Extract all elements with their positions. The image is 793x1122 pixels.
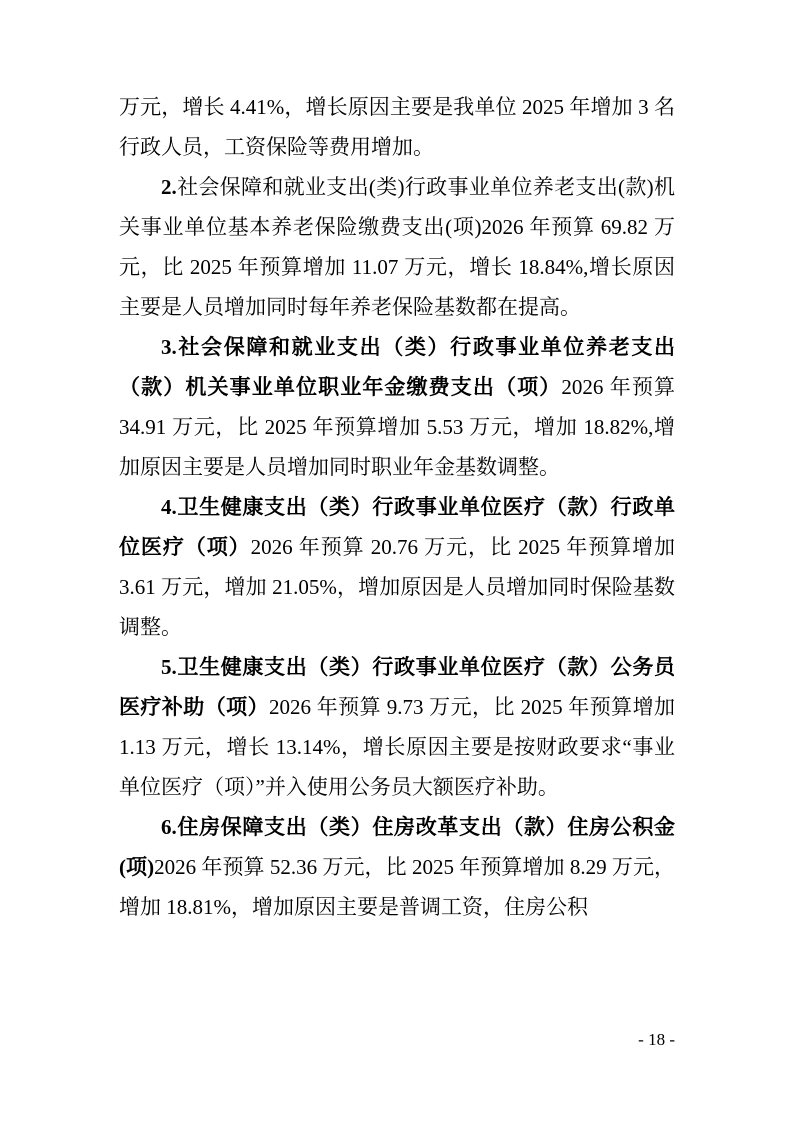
paragraph: 3.社会保障和就业支出（类）行政事业单位养老支出（款）机关事业单位职业年金缴费支… [119, 327, 675, 487]
document-body: 万元，增长 4.41%，增长原因主要是我单位 2025 年增加 3 名行政人员，… [119, 87, 675, 927]
text-segment-bold: 2. [161, 175, 177, 199]
paragraph: 万元，增长 4.41%，增长原因主要是我单位 2025 年增加 3 名行政人员，… [119, 87, 675, 167]
page-number: - 18 - [638, 1029, 675, 1051]
paragraph: 4.卫生健康支出（类）行政事业单位医疗（款）行政单位医疗（项）2026 年预算 … [119, 487, 675, 647]
paragraph: 2.社会保障和就业支出(类)行政事业单位养老支出(款)机关事业单位基本养老保险缴… [119, 167, 675, 327]
text-segment: 万元，增长 4.41%，增长原因主要是我单位 2025 年增加 3 名行政人员，… [119, 95, 675, 159]
paragraph: 6.住房保障支出（类）住房改革支出（款）住房公积金(项)2026 年预算 52.… [119, 807, 675, 927]
text-segment: 2026 年预算 52.36 万元，比 2025 年预算增加 8.29 万元，增… [119, 855, 675, 919]
text-segment: 社会保障和就业支出(类)行政事业单位养老支出(款)机关事业单位基本养老保险缴费支… [119, 175, 675, 319]
document-page: 万元，增长 4.41%，增长原因主要是我单位 2025 年增加 3 名行政人员，… [0, 0, 793, 1122]
paragraph: 5.卫生健康支出（类）行政事业单位医疗（款）公务员医疗补助（项）2026 年预算… [119, 647, 675, 807]
